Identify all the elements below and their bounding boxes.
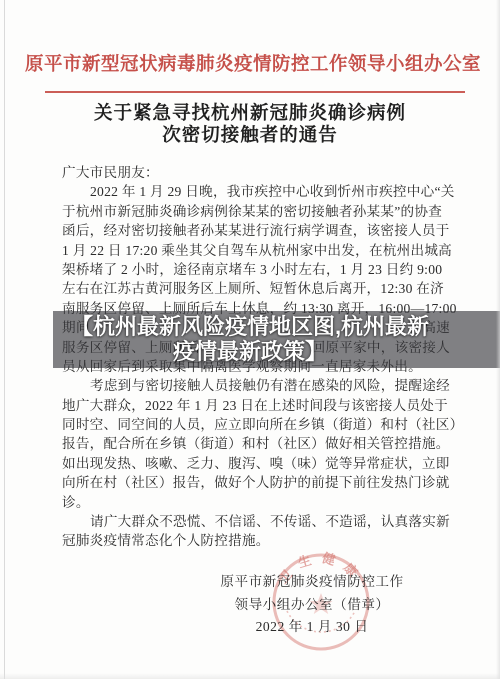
watermark-band	[53, 311, 500, 368]
body-line: 考虑到与密切接触人员接触仍有潜在感染的风险，提醒途经	[62, 376, 450, 395]
signature-date: 2022 年 1 月 30 日	[182, 616, 442, 639]
body-line: 左右在江苏古黄河服务区上厕所、短暂休息后离开，12:30 在济	[62, 279, 450, 298]
body-line: 架桥堵了 2 小时，途径南京堵车 3 小时左右，1 月 23 日约 9:00	[62, 260, 450, 279]
signature-block: 原平市新冠肺炎疫情防控工作 领导小组办公室（借章） 2022 年 1 月 30 …	[182, 571, 442, 639]
issuing-org-header: 原平市新型冠状病毒肺炎疫情防控工作领导小组办公室	[20, 52, 486, 76]
document-title: 关于紧急寻找杭州新冠肺炎确诊病例 次密切接触者的通告	[0, 102, 500, 146]
body-line: 诊。	[62, 493, 450, 512]
body-line: 请广大群众不恐慌、不信谣、不传谣、不造谣，认真落实新	[62, 512, 450, 531]
header-divider-rule	[45, 91, 465, 93]
body-line: 报告，配合所在乡镇（街道）和村（社区）做好相关管控措施。	[62, 434, 450, 453]
body-line: 于杭州市新冠肺炎确诊病例徐某某的密切接触者孙某某”的协查	[62, 202, 450, 221]
body-line: 向所在村（社区）报告，做好个人防护的前提下前往发热门诊就	[62, 473, 450, 492]
body-line: 冠肺炎疫情常态化个人防控措施。	[62, 531, 450, 550]
signature-org-line1: 原平市新冠肺炎疫情防控工作	[182, 571, 442, 594]
body-line: 地广大群众，2022 年 1 月 23 日在上述时间段与该密接人员处于	[62, 396, 450, 415]
body-line: 同时空、同空间的人员，应立即向所在乡镇（街道）和村（社区）	[62, 415, 450, 434]
photo-edge-shadow-right	[496, 0, 500, 679]
document-title-line1: 关于紧急寻找杭州新冠肺炎确诊病例	[0, 102, 500, 124]
signature-org-line2: 领导小组办公室（借章）	[182, 594, 442, 617]
body-line: 如出现发热、咳嗽、乏力、腹泻、嗅（味）觉等异常症状，立即	[62, 454, 450, 473]
notice-document-photo: 原平市新型冠状病毒肺炎疫情防控工作领导小组办公室 关于紧急寻找杭州新冠肺炎确诊病…	[0, 0, 500, 679]
body-line: 1 月 22 日 17:20 乘坐其父自驾车从杭州家中出发，在杭州出城高	[62, 241, 450, 260]
document-title-line2: 次密切接触者的通告	[0, 124, 500, 146]
body-line: 广大市民朋友：	[62, 163, 450, 182]
photo-edge-shadow-bottom	[0, 673, 500, 679]
body-line: 2022 年 1 月 29 日晚，我市疾控中心收到忻州市疾控中心“关	[62, 182, 450, 201]
body-line: 函后，经对密切接触者孙某某进行流行病学调查，该密接人员于	[62, 221, 450, 240]
